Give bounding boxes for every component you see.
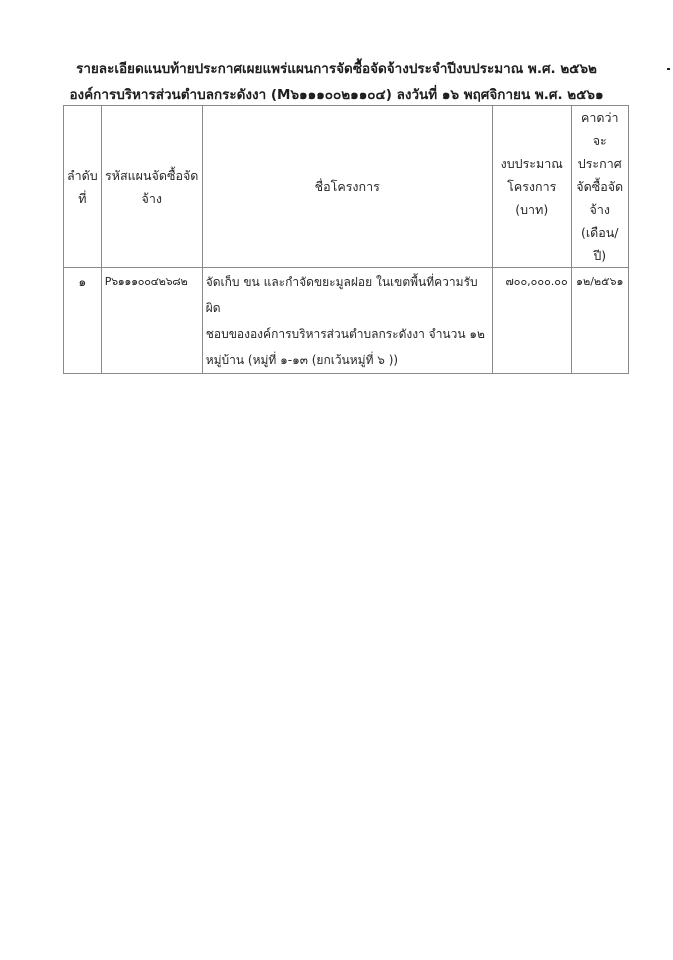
header-budget: งบประมาณ โครงการ (บาท) (492, 106, 571, 268)
table-header-row: ลำดับ ที่ รหัสแผนจัดซื้อจัด จ้าง ชื่อโคร… (64, 106, 629, 268)
procurement-plan-table: ลำดับ ที่ รหัสแผนจัดซื้อจัด จ้าง ชื่อโคร… (63, 105, 629, 374)
cell-expected-date: ๑๒/๒๕๖๑ (571, 268, 628, 374)
header-plan-code: รหัสแผนจัดซื้อจัด จ้าง (101, 106, 202, 268)
cell-project-name: จัดเก็บ ขน และกำจัดขยะมูลฝอย ในเขตพื้นที… (202, 268, 492, 374)
document-title-line-2: องค์การบริหารส่วนตำบลกระดังงา (M๖๑๑๑๐๐๒๑… (0, 83, 673, 105)
document-title-line-1: รายละเอียดแนบท้ายประกาศเผยแพร่แผนการจัดซ… (0, 57, 673, 79)
table-row: ๑ P๖๑๑๑๐๐๔๒๖๘๒ จัดเก็บ ขน และกำจัดขยะมูล… (64, 268, 629, 374)
header-expected-date: คาดว่าจะ ประกาศ จัดซื้อจัด จ้าง (เดือน/ป… (571, 106, 628, 268)
header-sequence-no: ลำดับ ที่ (64, 106, 102, 268)
cell-sequence-no: ๑ (64, 268, 102, 374)
cell-budget: ๗๐๐,๐๐๐.๐๐ (492, 268, 571, 374)
header-project-name: ชื่อโครงการ (202, 106, 492, 268)
cell-plan-code: P๖๑๑๑๐๐๔๒๖๘๒ (101, 268, 202, 374)
scan-speck (667, 68, 670, 70)
